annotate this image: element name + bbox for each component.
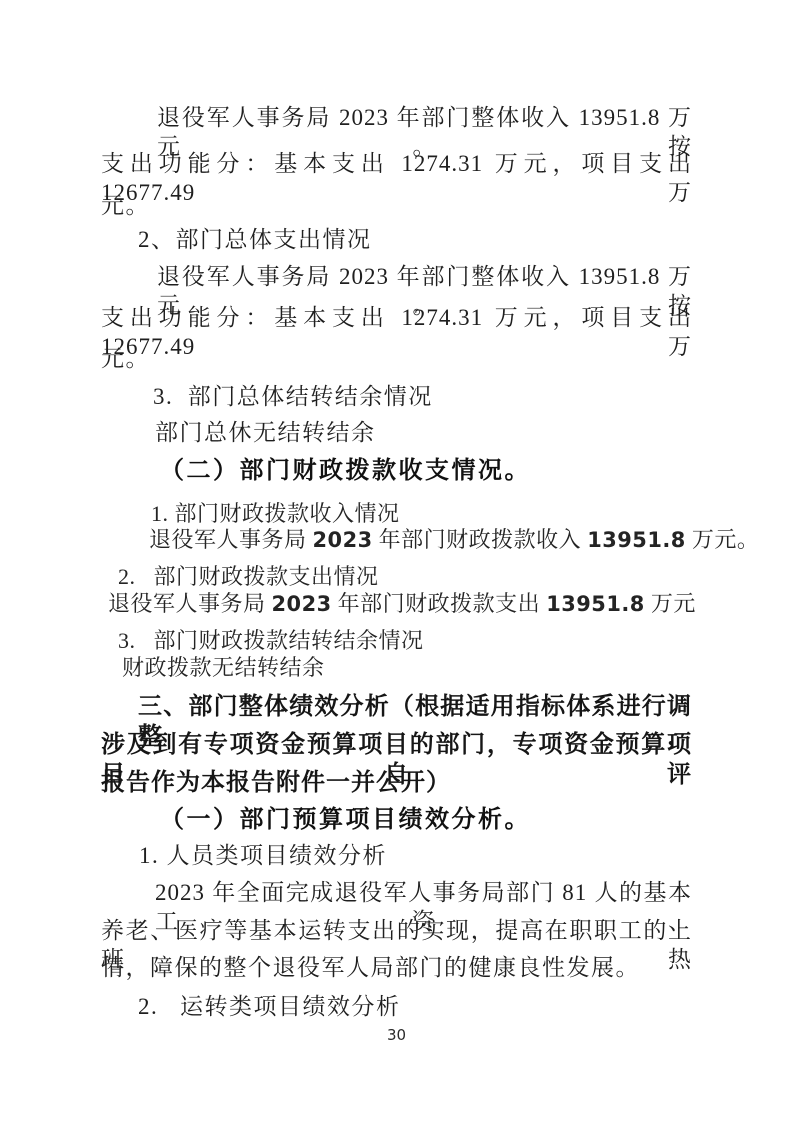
text-line-14: 退役军人事务局 2023 年部门财政拨款支出 13951.8 万元 (108, 590, 696, 618)
text-line-9: 部门总休无结转结余 (155, 419, 376, 448)
text-line-21: 1. 人员类项目绩效分析 (139, 842, 387, 871)
text-line-20: （一）部门预算项目绩效分析。 (160, 805, 531, 835)
text-line-12: 退役军人事务局 2023 年部门财政拨款收入 13951.8 万元。 (149, 526, 759, 554)
text-segment: 年部门财政拨款支出 (332, 591, 547, 616)
text-line-19: 报告作为本报告附件一并公开） (101, 768, 451, 798)
text-line-25: 2. 运转类项目绩效分析 (138, 993, 401, 1022)
text-line-13: 2. 部门财政拨款支出情况 (118, 563, 379, 591)
text-line-3: 元。 (101, 192, 150, 221)
text-segment: 万元。 (686, 527, 760, 552)
text-line-24: 情，障保的整个退役军人局部门的健康良性发展。 (101, 954, 640, 983)
text-line-6: 支出功能分：基本支出 1274.31 万元，项目支出 12677.49 万 (101, 304, 692, 362)
document-page: 退役军人事务局 2023 年部门整体收入 13951.8 万元。按支出功能分：基… (0, 0, 793, 1122)
numeric-value: 2023 (313, 528, 373, 552)
page-number: 30 (0, 1026, 793, 1044)
text-line-15: 3. 部门财政拨款结转结余情况 (118, 627, 424, 655)
numeric-value: 13951.8 (546, 592, 645, 616)
text-line-7: 元。 (101, 345, 150, 374)
text-segment: 万元 (645, 591, 696, 616)
text-line-8: 3. 部门总体结转结余情况 (153, 383, 433, 412)
text-segment: 退役军人事务局 (149, 527, 313, 552)
text-line-16: 财政拨款无结转结余 (122, 654, 325, 682)
text-line-11: 1. 部门财政拨款收入情况 (151, 500, 400, 528)
numeric-value: 2023 (272, 592, 332, 616)
text-segment: 退役军人事务局 (108, 591, 272, 616)
numeric-value: 13951.8 (587, 528, 686, 552)
text-line-2: 支出功能分：基本支出 1274.31 万元，项目支出 12677.49 万 (101, 150, 692, 208)
text-line-4: 2、部门总体支出情况 (138, 226, 372, 255)
text-segment: 年部门财政拨款收入 (373, 527, 588, 552)
text-line-10: （二）部门财政拨款收支情况。 (160, 456, 531, 486)
